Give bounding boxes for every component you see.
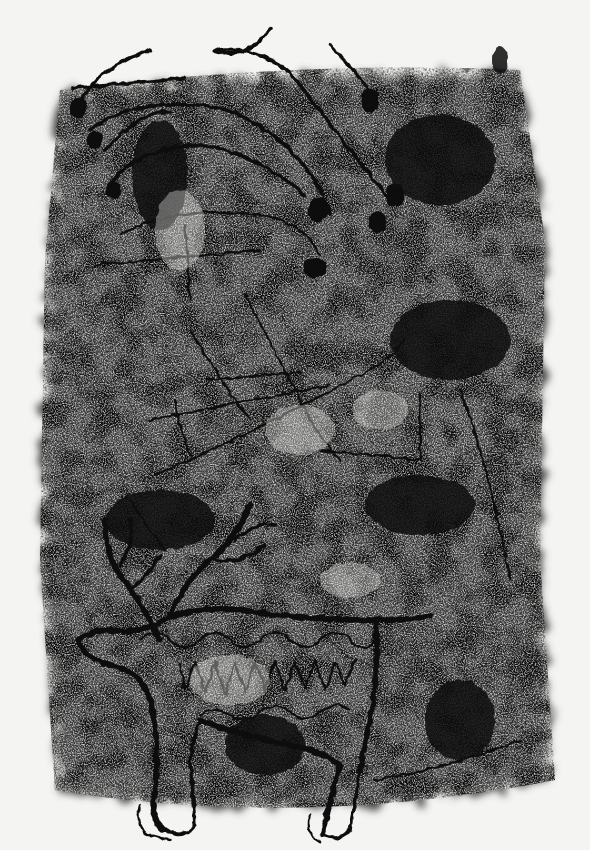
monotype-artwork bbox=[0, 0, 590, 850]
